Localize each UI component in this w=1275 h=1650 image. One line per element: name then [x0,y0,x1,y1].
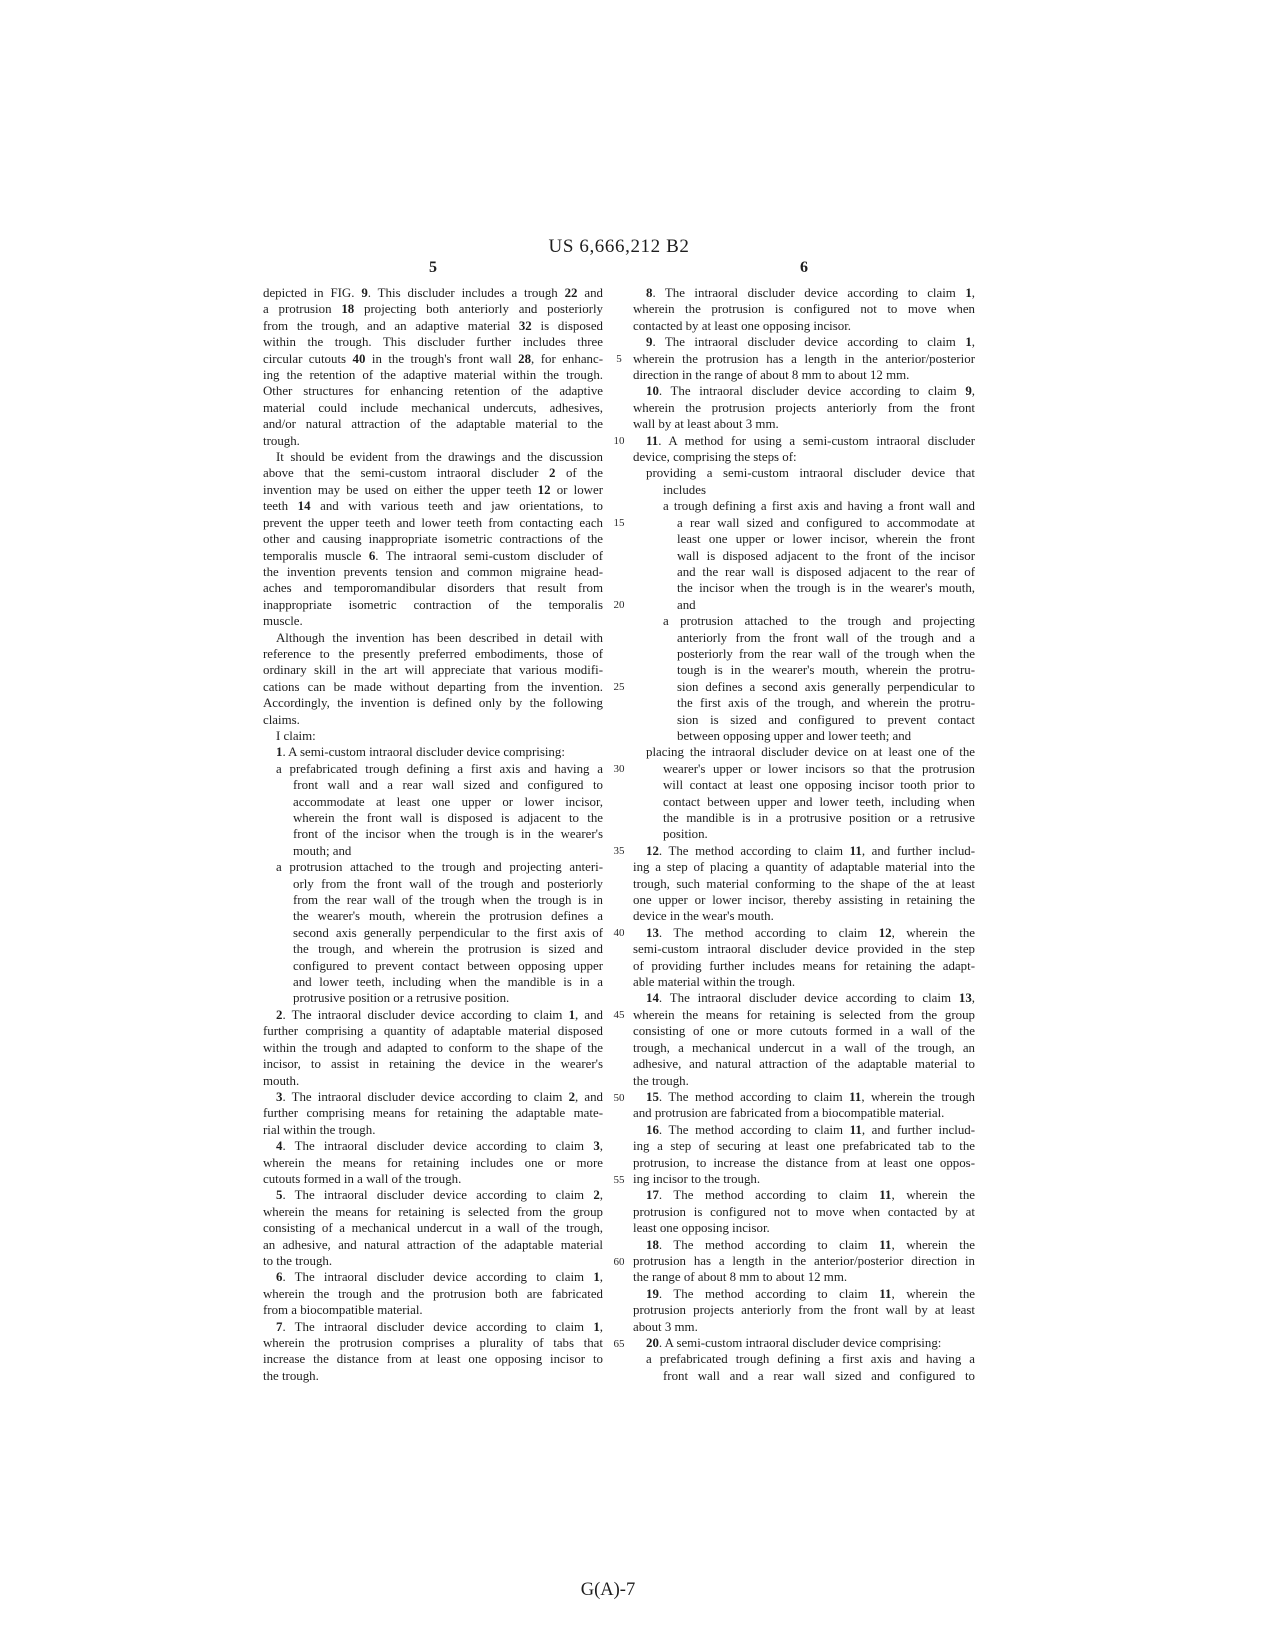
text-line: 19. The method according to claim 11, wh… [633,1286,975,1302]
column-line-number: 15 [604,515,634,531]
text-line: wherein the front wall is disposed is ad… [263,810,603,826]
text-line: the mandible is in a protrusive position… [633,810,975,826]
text-line: temporalis muscle 6. The intraoral semi-… [263,548,603,564]
text-line: within the trough and adapted to conform… [263,1040,603,1056]
text-line: contact between upper and lower teeth, i… [633,794,975,810]
text-line: adhesive, and natural attraction of the … [633,1056,975,1072]
text-line: from the trough, and an adaptive materia… [263,318,603,334]
text-line: Other structures for enhancing retention… [263,383,603,399]
text-line: 4. The intraoral discluder device accord… [263,1138,603,1154]
text-line: semi-custom intraoral discluder device p… [633,941,975,957]
text-line: 7. The intraoral discluder device accord… [263,1319,603,1335]
text-line: wherein the protrusion has a length in t… [633,351,975,367]
text-line: 12. The method according to claim 11, an… [633,843,975,859]
text-line: wall by at least about 3 mm. [633,416,975,432]
text-line: circular cutouts 40 in the trough's fron… [263,351,603,367]
text-line: other and causing inappropriate isometri… [263,531,603,547]
text-line: a trough defining a first axis and havin… [633,498,975,514]
text-line: protrusive position or a retrusive posit… [263,990,603,1006]
text-line: 1. A semi-custom intraoral discluder dev… [263,744,603,760]
text-line: of providing further includes means for … [633,958,975,974]
text-line: above that the semi-custom intraoral dis… [263,465,603,481]
text-line: wherein the means for retaining includes… [263,1155,603,1171]
text-line: 10. The intraoral discluder device accor… [633,383,975,399]
text-line: a protrusion attached to the trough and … [633,613,975,629]
text-line: depicted in FIG. 9. This discluder inclu… [263,285,603,301]
text-line: and/or natural attraction of the adaptab… [263,416,603,432]
text-line: position. [633,826,975,842]
text-line: trough, a mechanical undercut in a wall … [633,1040,975,1056]
text-line: 20. A semi-custom intraoral discluder de… [633,1335,975,1351]
text-line: consisting of a mechanical undercut in a… [263,1220,603,1236]
text-line: 15. The method according to claim 11, wh… [633,1089,975,1105]
page-footer-label: G(A)-7 [263,1580,953,1601]
text-line: 11. A method for using a semi-custom int… [633,433,975,449]
text-line: front wall and a rear wall sized and con… [633,1368,975,1384]
column-line-number: 30 [604,761,634,777]
text-line: the invention prevents tension and commo… [263,564,603,580]
text-line: further comprising a quantity of adaptab… [263,1023,603,1039]
text-line: cutouts formed in a wall of the trough. [263,1171,603,1187]
column-line-number: 40 [604,925,634,941]
text-line: second axis generally perpendicular to t… [263,925,603,941]
column-line-number: 20 [604,597,634,613]
text-line: wherein the protrusion projects anterior… [633,400,975,416]
text-line: posteriorly from the rear wall of the tr… [633,646,975,662]
text-line: to the trough. [263,1253,603,1269]
text-line: incisor, to assist in retaining the devi… [263,1056,603,1072]
text-line: accommodate at least one upper or lower … [263,794,603,810]
right-text-column: 8. The intraoral discluder device accord… [633,285,975,1384]
column-line-number: 5 [604,351,634,367]
text-line: 18. The method according to claim 11, wh… [633,1237,975,1253]
text-line: the trough, and wherein the protrusion i… [263,941,603,957]
text-line: least one opposing incisor. [633,1220,975,1236]
patent-page: US 6,666,212 B2 5 6 depicted in FIG. 9. … [0,0,1275,1650]
text-line: aches and temporomandibular disorders th… [263,580,603,596]
text-line: sion defines a second axis generally per… [633,679,975,695]
text-line: It should be evident from the drawings a… [263,449,603,465]
text-line: from the rear wall of the trough when th… [263,892,603,908]
text-line: and lower teeth, including when the mand… [263,974,603,990]
text-line: front of the incisor when the trough is … [263,826,603,842]
text-line: trough, such material conforming to the … [633,876,975,892]
text-line: cations can be made without departing fr… [263,679,603,695]
text-line: teeth 14 and with various teeth and jaw … [263,498,603,514]
text-line: a protrusion attached to the trough and … [263,859,603,875]
text-line: material could include mechanical underc… [263,400,603,416]
text-line: 5. The intraoral discluder device accord… [263,1187,603,1203]
text-line: and [633,597,975,613]
text-line: tough is in the wearer's mouth, wherein … [633,662,975,678]
text-line: wherein the trough and the protrusion bo… [263,1286,603,1302]
text-line: orly from the front wall of the trough a… [263,876,603,892]
text-line: ordinary skill in the art will appreciat… [263,662,603,678]
left-text-column: depicted in FIG. 9. This discluder inclu… [263,285,603,1384]
text-line: ing the retention of the adaptive materi… [263,367,603,383]
text-line: the first axis of the trough, and wherei… [633,695,975,711]
text-line: protrusion projects anteriorly from the … [633,1302,975,1318]
column-line-number: 10 [604,433,634,449]
column-line-number: 45 [604,1007,634,1023]
column-line-number: 65 [604,1336,634,1352]
text-line: wherein the protrusion is configured not… [633,301,975,317]
text-line: within the trough. This discluder furthe… [263,334,603,350]
text-line: consisting of one or more cutouts formed… [633,1023,975,1039]
text-line: and protrusion are fabricated from a bio… [633,1105,975,1121]
column-line-number: 55 [604,1172,634,1188]
text-line: 17. The method according to claim 11, wh… [633,1187,975,1203]
text-line: 8. The intraoral discluder device accord… [633,285,975,301]
text-line: from a biocompatible material. [263,1302,603,1318]
text-line: reference to the presently preferred emb… [263,646,603,662]
column-line-number: 35 [604,843,634,859]
text-line: device in the wear's mouth. [633,908,975,924]
text-line: anteriorly from the front wall of the tr… [633,630,975,646]
text-line: Although the invention has been describe… [263,630,603,646]
text-line: least one upper or lower incisor, wherei… [633,531,975,547]
text-line: contacted by at least one opposing incis… [633,318,975,334]
text-line: about 3 mm. [633,1319,975,1335]
text-line: one upper or lower incisor, thereby assi… [633,892,975,908]
text-line: inappropriate isometric contraction of t… [263,597,603,613]
text-line: will contact at least one opposing incis… [633,777,975,793]
text-line: device, comprising the steps of: [633,449,975,465]
text-line: trough. [263,433,603,449]
text-line: front wall and a rear wall sized and con… [263,777,603,793]
text-line: the incisor when the trough is in the we… [633,580,975,596]
text-line: able material within the trough. [633,974,975,990]
text-line: wearer's upper or lower incisors so that… [633,761,975,777]
column-line-number: 25 [604,679,634,695]
text-line: mouth; and [263,843,603,859]
text-line: 14. The intraoral discluder device accor… [633,990,975,1006]
text-line: rial within the trough. [263,1122,603,1138]
text-line: between opposing upper and lower teeth; … [633,728,975,744]
text-line: wall is disposed adjacent to the front o… [633,548,975,564]
text-line: 3. The intraoral discluder device accord… [263,1089,603,1105]
text-line: further comprising means for retaining t… [263,1105,603,1121]
text-line: muscle. [263,613,603,629]
text-line: invention may be used on either the uppe… [263,482,603,498]
text-line: 13. The method according to claim 12, wh… [633,925,975,941]
text-line: I claim: [263,728,603,744]
text-line: prevent the upper teeth and lower teeth … [263,515,603,531]
text-line: wherein the means for retaining is selec… [263,1204,603,1220]
text-line: protrusion, to increase the distance fro… [633,1155,975,1171]
text-line: claims. [263,712,603,728]
column-line-number: 60 [604,1254,634,1270]
text-line: 6. The intraoral discluder device accord… [263,1269,603,1285]
text-line: increase the distance from at least one … [263,1351,603,1367]
text-line: ing a step of placing a quantity of adap… [633,859,975,875]
text-line: the trough. [263,1368,603,1384]
text-line: the trough. [633,1073,975,1089]
text-line: wherein the means for retaining is selec… [633,1007,975,1023]
column-number-right: 6 [633,259,975,277]
text-line: providing a semi-custom intraoral disclu… [633,465,975,481]
text-line: the wearer's mouth, wherein the protrusi… [263,908,603,924]
text-line: placing the intraoral discluder device o… [633,744,975,760]
text-line: 2. The intraoral discluder device accord… [263,1007,603,1023]
text-line: protrusion is configured not to move whe… [633,1204,975,1220]
text-line: a prefabricated trough defining a first … [263,761,603,777]
text-line: direction in the range of about 8 mm to … [633,367,975,383]
text-line: 16. The method according to claim 11, an… [633,1122,975,1138]
text-line: the range of about 8 mm to about 12 mm. [633,1269,975,1285]
text-line: a prefabricated trough defining a first … [633,1351,975,1367]
text-line: ing a step of securing at least one pref… [633,1138,975,1154]
text-line: protrusion has a length in the anterior/… [633,1253,975,1269]
patent-number-header: US 6,666,212 B2 [263,236,975,258]
column-line-number: 50 [604,1090,634,1106]
text-line: mouth. [263,1073,603,1089]
text-line: ing incisor to the trough. [633,1171,975,1187]
text-line: configured to prevent contact between op… [263,958,603,974]
text-line: a protrusion 18 projecting both anterior… [263,301,603,317]
text-line: an adhesive, and natural attraction of t… [263,1237,603,1253]
text-line: includes [633,482,975,498]
text-line: wherein the protrusion comprises a plura… [263,1335,603,1351]
text-line: sion is sized and configured to prevent … [633,712,975,728]
text-line: 9. The intraoral discluder device accord… [633,334,975,350]
text-line: a rear wall sized and configured to acco… [633,515,975,531]
column-number-left: 5 [263,259,603,277]
text-line: Accordingly, the invention is defined on… [263,695,603,711]
text-line: and the rear wall is disposed adjacent t… [633,564,975,580]
